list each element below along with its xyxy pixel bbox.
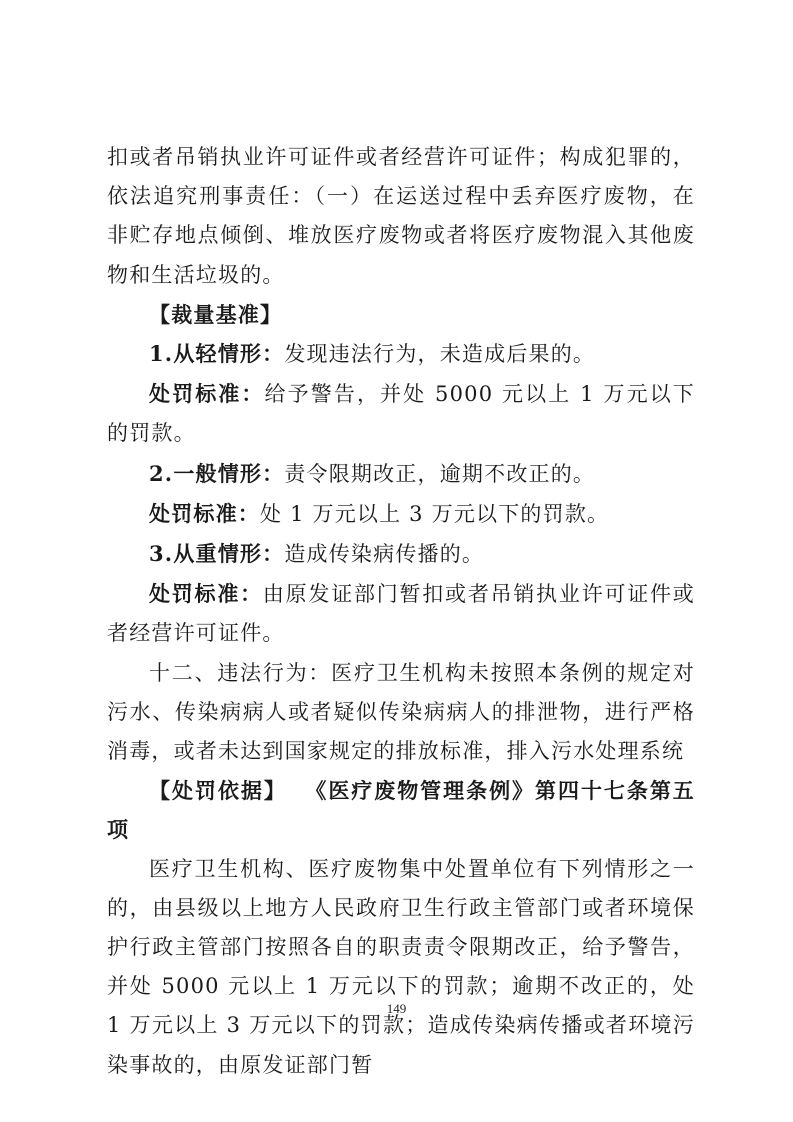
penalty-text: 处 1 万元以上 3 万元以下的罚款。 <box>260 502 609 526</box>
continuation-paragraph: 扣或者吊销执业许可证件或者经营许可证件；构成犯罪的，依法追究刑事责任：（一）在运… <box>107 138 695 295</box>
criterion-general: 2.一般情形：责令限期改正，逾期不改正的。 <box>107 454 695 494</box>
criterion-text: 责令限期改正，逾期不改正的。 <box>284 462 595 486</box>
criterion-text: 造成传染病传播的。 <box>284 542 484 566</box>
document-page: 扣或者吊销执业许可证件或者经营许可证件；构成犯罪的，依法追究刑事责任：（一）在运… <box>0 0 793 1122</box>
discretion-heading: 【裁量基准】 <box>107 295 695 334</box>
criterion-label: 3.从重情形： <box>149 541 284 566</box>
criterion-label: 1.从轻情形： <box>149 341 284 366</box>
criterion-label: 2.一般情形： <box>149 461 284 486</box>
penalty-label: 处罚标准： <box>149 501 260 526</box>
violation-item-12: 十二、违法行为：医疗卫生机构未按照本条例的规定对污水、传染病病人或者疑似传染病病… <box>107 654 695 772</box>
criterion-light: 1.从轻情形：发现违法行为，未造成后果的。 <box>107 334 695 374</box>
page-number: 149 <box>0 1001 793 1017</box>
body-text: 扣或者吊销执业许可证件或者经营许可证件；构成犯罪的，依法追究刑事责任：（一）在运… <box>107 138 695 1085</box>
basis-heading: 【处罚依据】 <box>149 778 287 803</box>
penalty-standard-light: 处罚标准：给予警告，并处 5000 元以上 1 万元以下的罚款。 <box>107 374 695 453</box>
criterion-heavy: 3.从重情形：造成传染病传播的。 <box>107 534 695 574</box>
criterion-text: 发现违法行为，未造成后果的。 <box>284 342 595 366</box>
basis-heading-line: 【处罚依据】 《医疗废物管理条例》第四十七条第五项 <box>107 771 695 849</box>
penalty-standard-heavy: 处罚标准：由原发证部门暂扣或者吊销执业许可证件或者经营许可证件。 <box>107 574 695 653</box>
penalty-label: 处罚标准： <box>149 381 265 406</box>
basis-text: 医疗卫生机构、医疗废物集中处置单位有下列情形之一的，由县级以上地方人民政府卫生行… <box>107 850 695 1085</box>
penalty-standard-general: 处罚标准：处 1 万元以上 3 万元以下的罚款。 <box>107 494 695 534</box>
penalty-label: 处罚标准： <box>149 581 263 606</box>
